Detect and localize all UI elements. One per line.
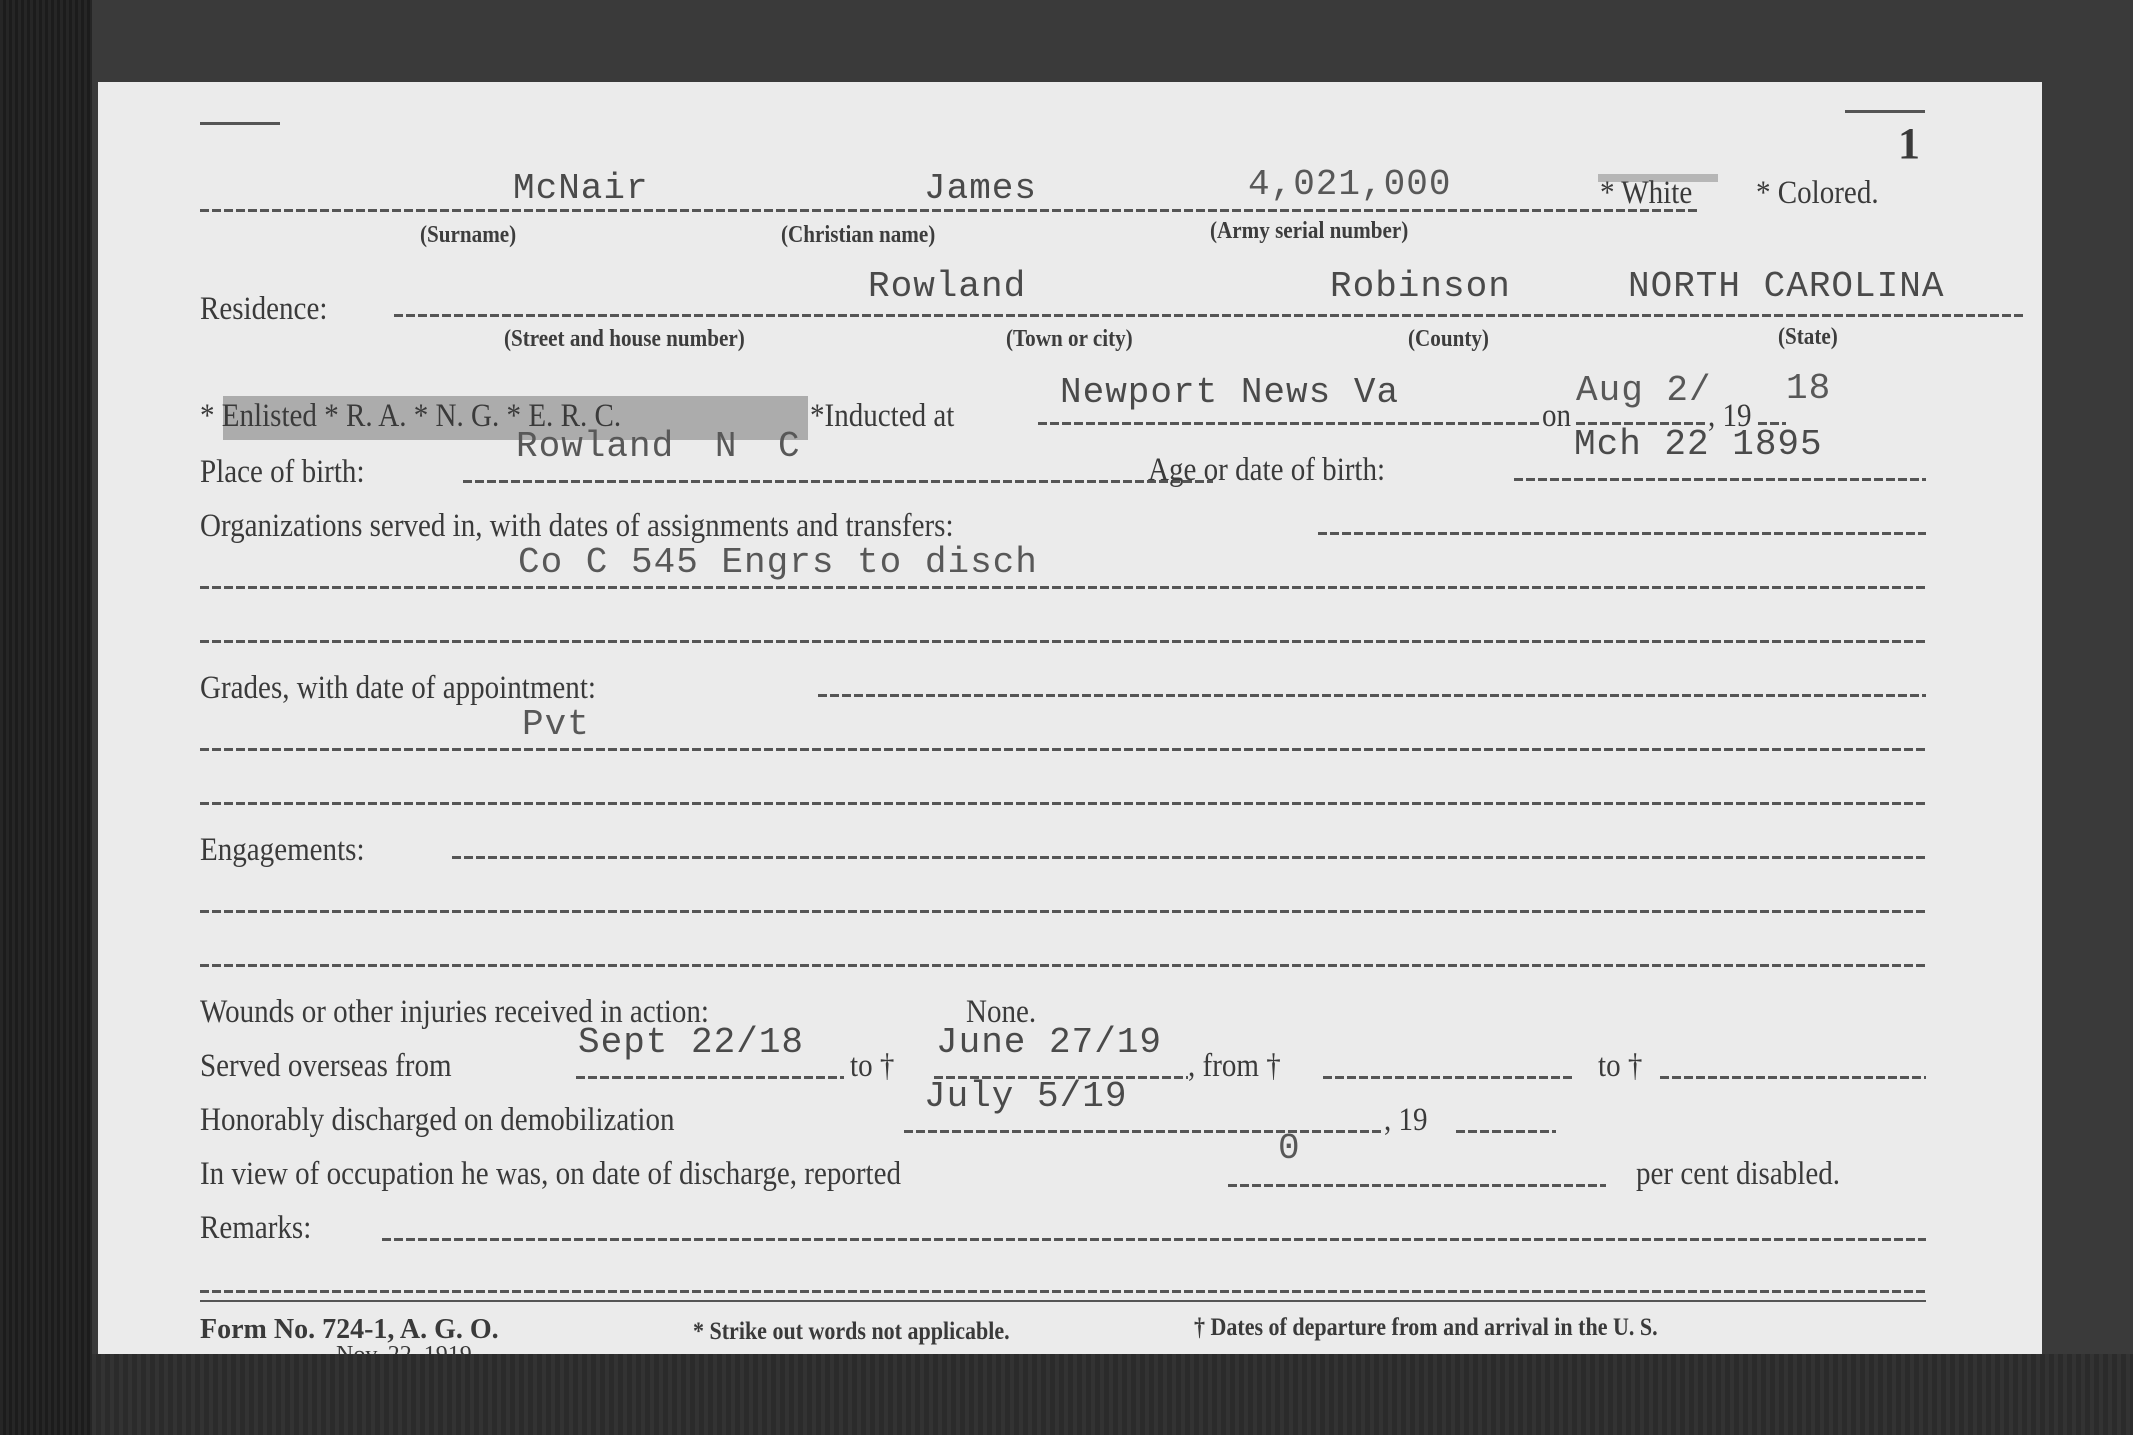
disability-label: In view of occupation he was, on date of… bbox=[200, 1156, 901, 1193]
residence-county: Robinson bbox=[1330, 266, 1511, 307]
overseas-departure: Sept 22/18 bbox=[578, 1022, 804, 1063]
grades-line-2 bbox=[200, 748, 1926, 751]
grades-line-1 bbox=[818, 694, 1926, 697]
disability-line bbox=[1228, 1184, 1606, 1187]
overseas-to-label: to † bbox=[850, 1048, 894, 1085]
birth-date-value: Mch 22 1895 bbox=[1574, 424, 1823, 465]
overseas-from-label-2: , from † bbox=[1188, 1048, 1281, 1085]
overseas-departure-line bbox=[576, 1076, 844, 1079]
residence-state: NORTH CAROLINA bbox=[1628, 266, 1944, 307]
overseas-label: Served overseas from bbox=[200, 1048, 452, 1085]
place-of-birth-label: Place of birth: bbox=[200, 454, 365, 491]
disability-suffix: per cent disabled. bbox=[1636, 1156, 1840, 1193]
grades-value: Pvt bbox=[522, 704, 590, 745]
on-label: on bbox=[1542, 398, 1571, 435]
top-left-rule bbox=[200, 122, 280, 125]
engagements-line-1 bbox=[452, 856, 1926, 859]
grades-label: Grades, with date of appointment: bbox=[200, 670, 596, 707]
disability-value: 0 bbox=[1278, 1128, 1301, 1169]
draft-service-card: 1 McNair James 4,021,000 * White * Color… bbox=[98, 82, 2042, 1354]
inducted-label: *Inducted at bbox=[810, 398, 954, 435]
overseas-departure-line-2 bbox=[1323, 1076, 1573, 1079]
race-white-label: * White bbox=[1600, 175, 1692, 212]
scanner-edge bbox=[0, 0, 92, 1435]
residence-line bbox=[394, 314, 2024, 317]
residence-town: Rowland bbox=[868, 266, 1026, 307]
organizations-label: Organizations served in, with dates of a… bbox=[200, 508, 954, 545]
strike-out-note: * Strike out words not applicable. bbox=[693, 1318, 1010, 1346]
engagements-line-3 bbox=[200, 964, 1926, 967]
overseas-arrival-line-2 bbox=[1660, 1076, 1926, 1079]
town-label: (Town or city) bbox=[1006, 326, 1133, 353]
race-colored-label: * Colored. bbox=[1756, 175, 1879, 212]
organizations-value: Co C 545 Engrs to disch bbox=[518, 542, 1038, 583]
name-line bbox=[200, 209, 1698, 212]
street-label: (Street and house number) bbox=[504, 326, 745, 353]
remarks-label: Remarks: bbox=[200, 1210, 311, 1247]
christian-name-value: James bbox=[924, 168, 1037, 209]
organizations-line-1 bbox=[1318, 532, 1926, 535]
serial-number-value: 4,021,000 bbox=[1248, 164, 1451, 205]
inducted-line bbox=[1038, 422, 1540, 425]
engagements-label: Engagements: bbox=[200, 832, 365, 869]
christian-name-label: (Christian name) bbox=[781, 222, 935, 249]
engagements-line-2 bbox=[200, 910, 1926, 913]
induction-year: 18 bbox=[1786, 368, 1831, 409]
birth-date-line bbox=[1514, 478, 1926, 481]
remarks-line-1 bbox=[382, 1238, 1926, 1241]
age-label: Age or date of birth: bbox=[1148, 452, 1385, 489]
discharge-date: July 5/19 bbox=[924, 1076, 1127, 1117]
serial-number-label: (Army serial number) bbox=[1210, 218, 1408, 245]
inducted-place: Newport News Va bbox=[1060, 372, 1399, 413]
organizations-line-2 bbox=[200, 586, 1926, 589]
organizations-line-3 bbox=[200, 640, 1926, 643]
overseas-arrival: June 27/19 bbox=[936, 1022, 1162, 1063]
scan-background bbox=[92, 1354, 2133, 1435]
surname-value: McNair bbox=[513, 168, 649, 209]
overseas-to-label-2: to † bbox=[1598, 1048, 1642, 1085]
discharge-year-line bbox=[1456, 1130, 1556, 1133]
discharge-line bbox=[904, 1130, 1384, 1133]
form-date: Nov. 22, 1919 bbox=[336, 1342, 472, 1354]
county-label: (County) bbox=[1408, 326, 1489, 353]
place-of-birth-value: Rowland N C bbox=[516, 426, 801, 467]
card-number: 1 bbox=[1898, 118, 1920, 169]
footer-rule bbox=[200, 1300, 1926, 1302]
dagger-note: † Dates of departure from and arrival in… bbox=[1194, 1314, 1658, 1342]
state-label: (State) bbox=[1778, 324, 1838, 351]
surname-label: (Surname) bbox=[420, 222, 516, 249]
discharge-label: Honorably discharged on demobilization bbox=[200, 1102, 674, 1139]
discharge-year-label: , 19 bbox=[1384, 1102, 1428, 1139]
remarks-line-2 bbox=[200, 1290, 1926, 1293]
grades-line-3 bbox=[200, 802, 1926, 805]
residence-label: Residence: bbox=[200, 291, 327, 328]
induction-date: Aug 2/ bbox=[1576, 370, 1712, 411]
place-of-birth-line bbox=[463, 480, 1213, 483]
card-number-overline bbox=[1845, 110, 1925, 113]
